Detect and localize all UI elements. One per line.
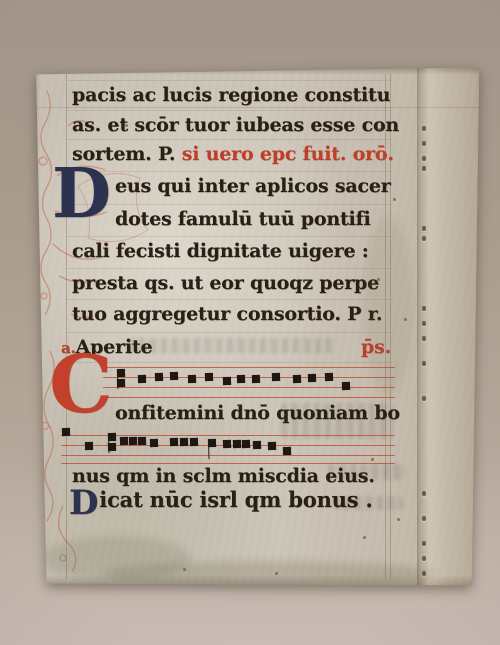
stitch-hole — [422, 491, 426, 496]
stitch-hole — [422, 141, 426, 146]
stitch-hole — [422, 361, 426, 366]
neume-note — [129, 437, 137, 445]
ruling-line-horizontal — [66, 268, 390, 269]
stitch-hole — [422, 306, 426, 311]
ruling-line-horizontal — [66, 299, 390, 300]
bottom-left-stain — [41, 536, 191, 581]
neume-note — [237, 375, 245, 383]
ruling-line-horizontal — [66, 171, 390, 172]
stitch-hole — [422, 516, 426, 521]
text-segment-ink: pacis ac lucis regione constitu — [72, 84, 390, 106]
neume-note — [272, 373, 280, 381]
neume-note — [108, 433, 116, 441]
dirt-speck — [393, 198, 396, 201]
neume-note — [117, 369, 125, 377]
text-segment-ink: onfitemini dnō quoniam bo — [115, 402, 400, 424]
ruling-line-horizontal — [66, 362, 390, 363]
neume-note — [120, 437, 128, 445]
stitch-hole — [422, 166, 426, 171]
neume-note — [233, 440, 241, 448]
line-5: dotes famulū tuū pontifi — [115, 208, 371, 230]
text-segment-ink: dotes famulū tuū pontifi — [115, 208, 371, 230]
line-7: presta qs. ut eor quoqz perpe — [72, 272, 379, 294]
stitch-hole — [422, 156, 426, 161]
neume-note — [252, 375, 260, 383]
text-segment-ink: as. et scōr tuor iubeas esse con — [72, 114, 399, 136]
neume-note — [180, 438, 188, 446]
dirt-speck — [363, 536, 366, 539]
dirt-speck — [378, 128, 381, 131]
staff-line — [103, 397, 395, 398]
text-segment-ink: tuo aggregetur consortio. P r. — [72, 303, 382, 325]
staff-line — [103, 367, 395, 368]
neume-note — [205, 373, 213, 381]
neume-note — [117, 379, 125, 387]
neume-note — [342, 382, 350, 390]
line-6: cali fecisti dignitate uigere : — [72, 240, 369, 262]
neume-note — [170, 372, 178, 380]
text-segment-ink: presta qs. ut eor quoqz perpe — [72, 272, 379, 294]
neume-note — [150, 439, 158, 447]
stitch-hole — [422, 236, 426, 241]
photograph-background: DC pacis ac lucis regione constituas. et… — [0, 0, 500, 645]
leaf-wrapper: DC pacis ac lucis regione constituas. et… — [33, 66, 482, 587]
parchment-fold-edge — [417, 66, 482, 587]
line-12: Dicat nūc isrl qm bonus . — [69, 487, 373, 513]
text-segment-ink: eus qui inter aplicos sacer — [115, 175, 391, 197]
neume-note — [223, 377, 231, 385]
staff-line — [103, 387, 395, 388]
line-2: as. et scōr tuor iubeas esse con — [72, 114, 399, 136]
neume-note — [188, 375, 196, 383]
ruling-line-vertical — [66, 74, 67, 579]
text-segment-rubric: si uero epc fuit. orō. — [182, 143, 394, 165]
neume-note — [138, 375, 146, 383]
neume-note — [242, 440, 250, 448]
text-segment-ink: nus qm in sclm miscdia eius. — [72, 465, 375, 487]
neume-note — [85, 442, 93, 450]
ruling-line-horizontal — [66, 204, 390, 205]
neume-note — [138, 437, 146, 445]
neume-note — [170, 438, 178, 446]
ruling-line-horizontal — [66, 139, 390, 140]
stitch-hole — [422, 541, 426, 546]
horizontal-crease — [35, 107, 481, 108]
stitch-hole — [422, 396, 426, 401]
stitch-hole — [422, 126, 426, 131]
illuminated-initial-confitemini: C — [49, 350, 113, 418]
line-4: eus qui inter aplicos sacer — [115, 175, 391, 197]
neume-note — [283, 447, 291, 455]
stitch-hole — [422, 226, 426, 231]
neume-note — [268, 442, 276, 450]
line-11: nus qm in sclm miscdia eius. — [72, 465, 375, 487]
neume-note — [190, 438, 198, 446]
text-segment-ink: cali fecisti dignitate uigere : — [72, 240, 369, 262]
dirt-speck — [397, 518, 400, 521]
manuscript-leaf: DC pacis ac lucis regione constituas. et… — [33, 66, 482, 587]
dirt-speck — [125, 124, 128, 127]
text-segment-initial-inline: D — [69, 483, 98, 523]
staff-line — [103, 377, 395, 378]
stitch-hole — [422, 321, 426, 326]
neume-note — [308, 374, 316, 382]
ruling-line-horizontal — [66, 110, 390, 111]
text-segment-ink: icat nūc isrl qm bonus . — [99, 487, 372, 512]
ruling-line-horizontal — [66, 236, 390, 237]
neume-stem — [208, 446, 210, 459]
neume-note — [208, 439, 216, 447]
ruling-line-horizontal — [66, 80, 390, 81]
neume-note — [155, 373, 163, 381]
right-margin-stain — [363, 216, 413, 396]
staff-line — [61, 455, 395, 456]
line-3: sortem. P. si uero epc fuit. orō. — [72, 143, 394, 165]
stitch-hole — [422, 556, 426, 561]
dirt-speck — [371, 458, 374, 461]
neume-note — [108, 443, 116, 451]
leaf-left-edge-shadow — [33, 66, 40, 587]
neume-note — [293, 375, 301, 383]
line-1: pacis ac lucis regione constitu — [72, 84, 390, 106]
ruling-line-horizontal — [66, 332, 390, 333]
leaf-top-edge-shadow — [33, 66, 482, 75]
line-10: onfitemini dnō quoniam bo — [115, 402, 400, 424]
neume-note — [325, 373, 333, 381]
neume-note — [253, 441, 261, 449]
stitch-hole — [422, 336, 426, 341]
neume-note — [223, 440, 231, 448]
illuminated-initial-deus: D — [52, 166, 111, 224]
line-8: tuo aggregetur consortio. P r. — [72, 303, 382, 325]
